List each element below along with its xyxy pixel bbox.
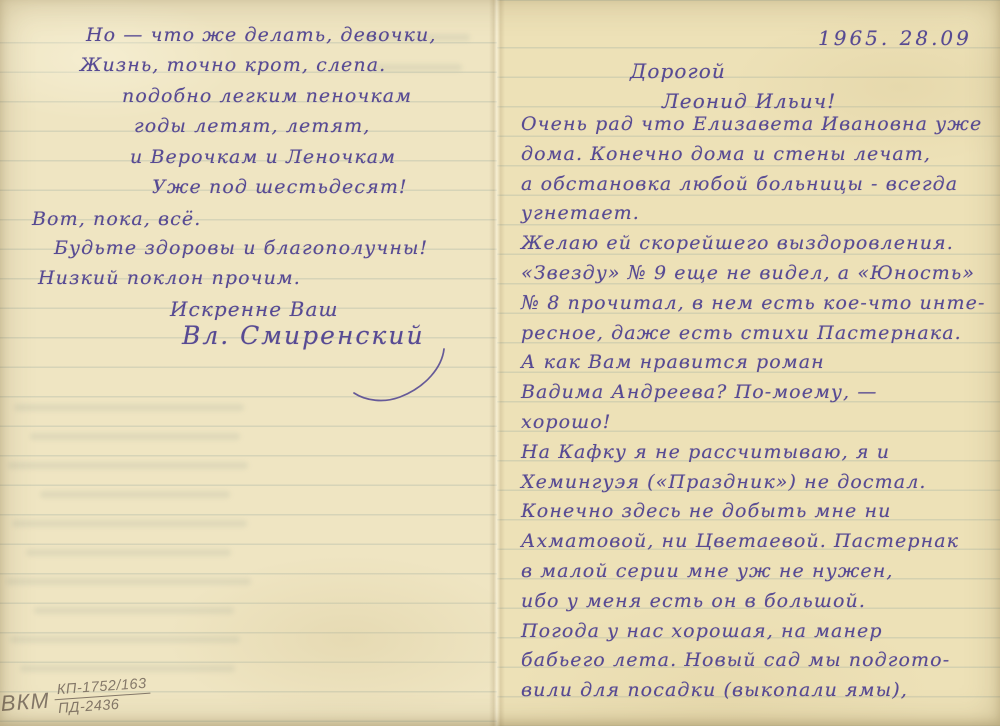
closing-line: Низкий поклон прочим. — [38, 264, 428, 293]
signature-flourish — [348, 347, 448, 409]
closing-block: Вот, пока, всё. Будьте здоровы и благопо… — [32, 205, 428, 293]
letter-body-line: в малой серии мне уж не нужен, — [521, 557, 995, 587]
poem-line: годы летят, летят, — [134, 111, 436, 141]
ghost-text-smudge — [12, 520, 247, 527]
letter-body-line: угнетает. — [521, 199, 995, 229]
letter-body-line: ресное, даже есть стихи Пастернака. — [521, 319, 995, 349]
greeting-block: Дорогой Леонид Ильич! — [630, 56, 836, 116]
letter-body-line: Хемингуэя («Праздник») не достал. — [521, 468, 995, 498]
poem-line: Но — что же делать, девочки, — [86, 20, 436, 50]
ghost-text-smudge — [8, 462, 248, 469]
letter-body-line: Вадима Андреева? По-моему, — — [521, 378, 995, 408]
ghost-text-smudge — [20, 665, 235, 672]
museum-code: ВКМ — [0, 687, 51, 716]
ghost-text-smudge — [10, 636, 240, 643]
letter-body-line: вили для посадки (выкопали ямы), — [521, 676, 995, 706]
poem-block: Но — что же делать, девочки, Жизнь, точн… — [86, 20, 436, 202]
ghost-text-smudge — [14, 404, 244, 411]
ghost-text-smudge — [26, 549, 231, 556]
letter-body-line: А как Вам нравится роман — [521, 348, 995, 378]
letter-body-line: «Звезду» № 9 еще не видел, а «Юность» — [521, 259, 995, 289]
letter-body-line: На Кафку я не рассчитываю, я и — [521, 438, 995, 468]
letter-body-line: Желаю ей скорейшего выздоровления. — [521, 229, 995, 259]
ghost-text-smudge — [40, 491, 230, 498]
letter-body-line: Ахматовой, ни Цветаевой. Пастернак — [521, 527, 995, 557]
letter-body-line: дома. Конечно дома и стены лечат, — [521, 140, 995, 170]
closing-line: Вот, пока, всё. — [32, 205, 428, 234]
letter-body: Очень рад что Елизавета Ивановна ужедома… — [521, 110, 995, 706]
signature: Вл. Смиренский — [182, 321, 425, 350]
greeting-line: Дорогой — [630, 56, 836, 86]
letter-body-line: хорошо! — [521, 408, 995, 438]
poem-line: и Верочкам и Леночкам — [130, 142, 436, 172]
closing-line: Будьте здоровы и благополучны! — [54, 234, 428, 263]
letter-body-line: Очень рад что Елизавета Ивановна уже — [521, 110, 995, 140]
letter-body-line: а обстановка любой больницы - всегда — [521, 170, 995, 200]
poem-line: подобно легким пеночкам — [122, 81, 436, 111]
center-fold-crease — [489, 0, 505, 726]
letter-scan: Но — что же делать, девочки, Жизнь, точн… — [0, 0, 1000, 726]
signoff: Искренне Ваш — [170, 297, 339, 321]
letter-body-line: Конечно здесь не добыть мне ни — [521, 497, 995, 527]
ghost-text-smudge — [34, 607, 234, 614]
letter-body-line: Погода у нас хорошая, на манер — [521, 617, 995, 647]
letter-body-line: ибо у меня есть он в большой. — [521, 587, 995, 617]
ghost-text-smudge — [30, 433, 240, 440]
inventory-fraction: КП-1752/163 ПД-2436 — [53, 676, 151, 718]
letter-body-line: бабьего лета. Новый сад мы подгото- — [521, 646, 995, 676]
poem-line: Уже под шестьдесят! — [152, 172, 436, 202]
letter-date: 1965. 28.09 — [818, 26, 972, 50]
ghost-text-smudge — [6, 578, 251, 585]
letter-body-line: № 8 прочитал, в нем есть кое-что инте- — [521, 289, 995, 319]
poem-line: Жизнь, точно крот, слепа. — [80, 50, 436, 80]
